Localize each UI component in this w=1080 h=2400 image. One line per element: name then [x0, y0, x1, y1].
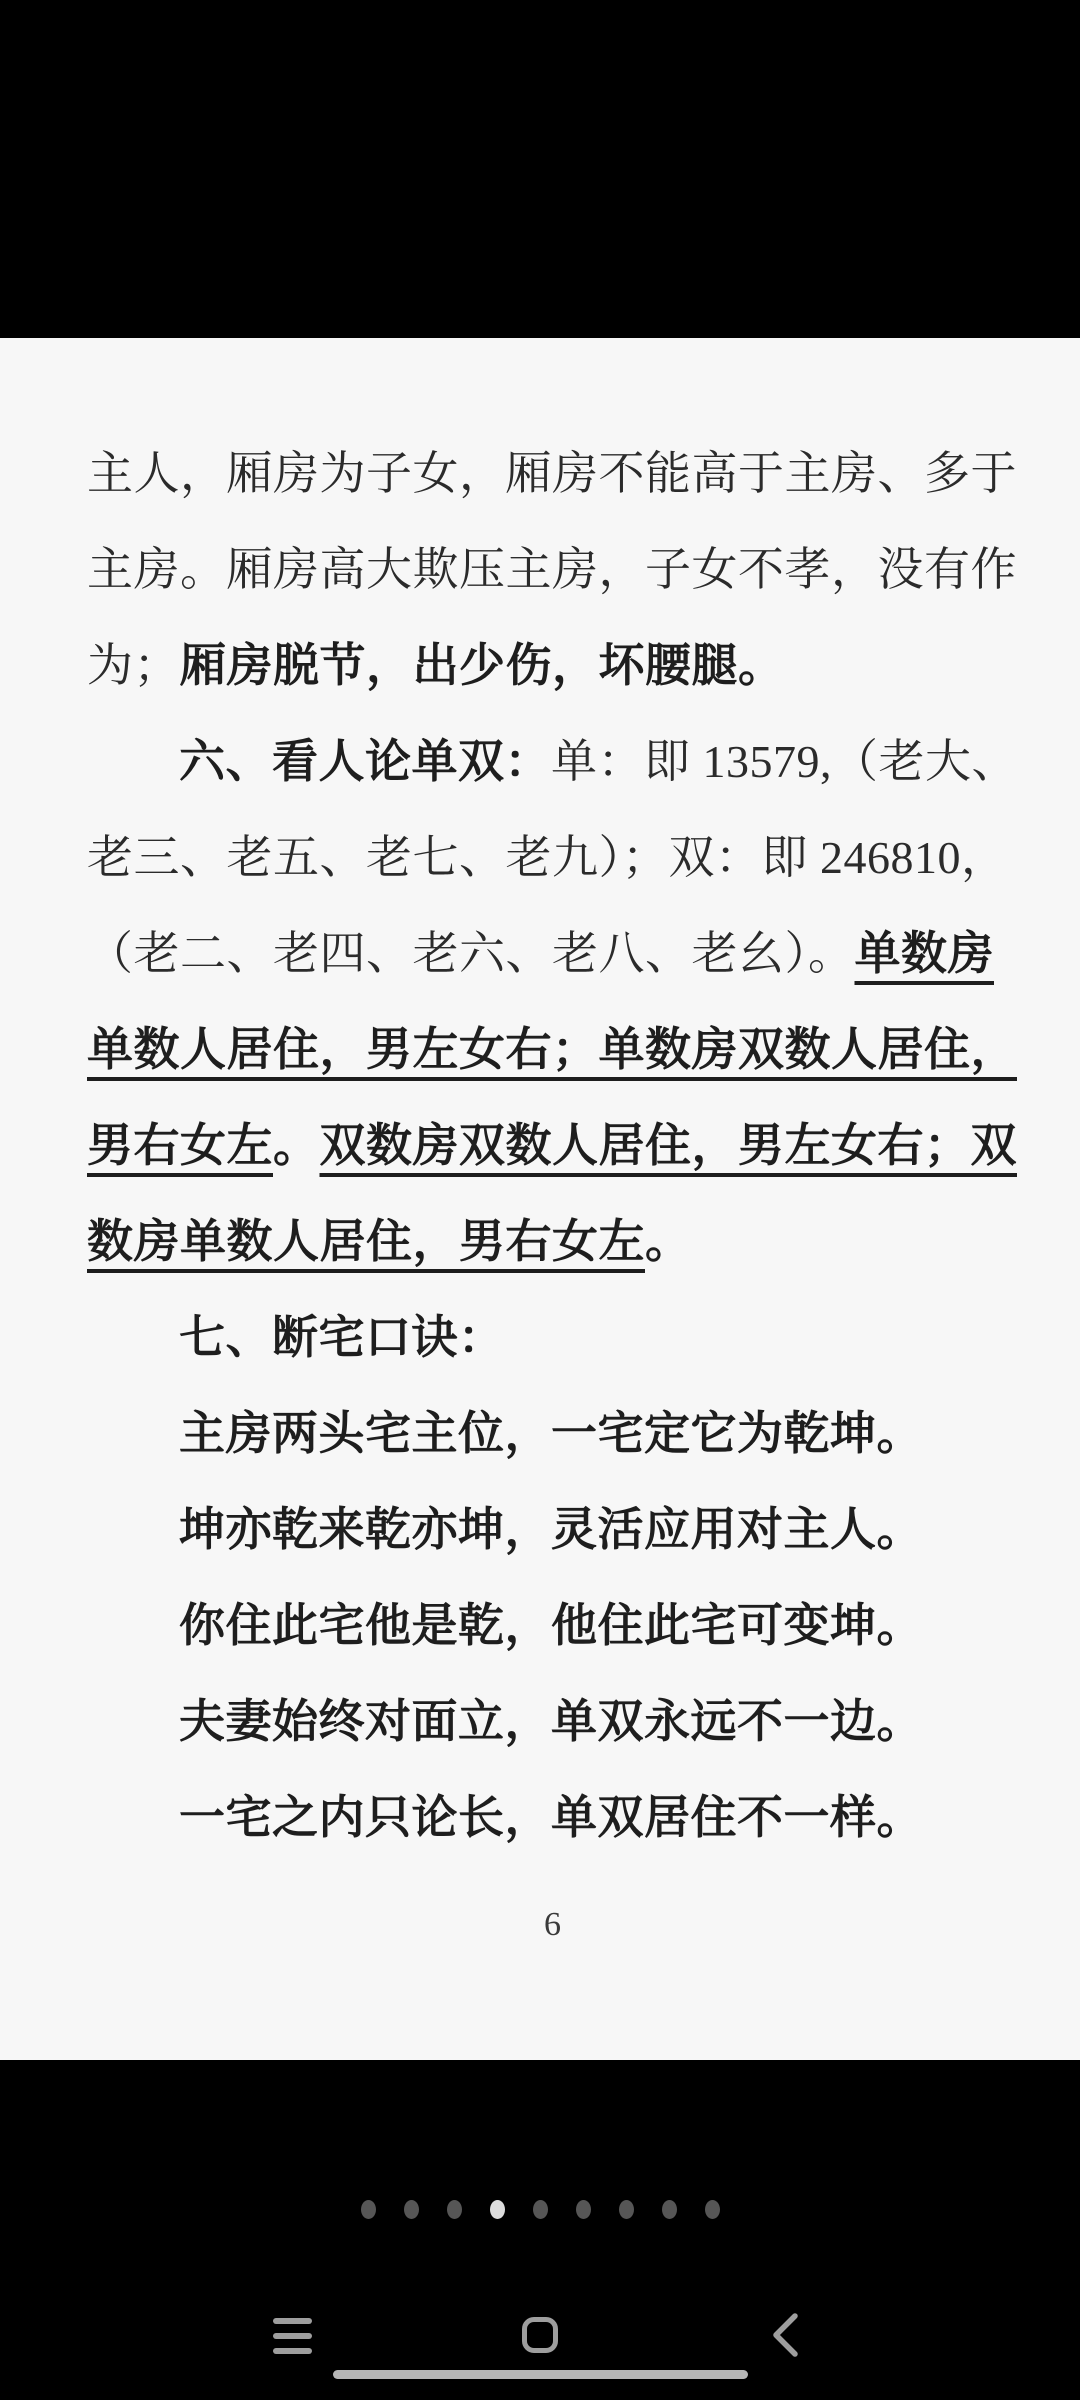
- page-text: 主人，厢房为子女，厢房不能高于主房、多于主房。厢房高大欺压主房，子女不孝，没有作…: [87, 426, 1018, 1866]
- page-dot[interactable]: [576, 2200, 591, 2219]
- back-icon: [770, 2313, 800, 2357]
- top-letterbox: [0, 0, 1080, 338]
- text-line: （老二、老四、老六、老八、老幺）。单数房: [87, 906, 1018, 1002]
- text-line: 男右女左。双数房双数人居住，男左女右；双: [87, 1098, 1018, 1194]
- page-dot[interactable]: [705, 2200, 720, 2219]
- text-line: 为；厢房脱节，出少伤，坏腰腿。: [87, 618, 1018, 714]
- page-dot[interactable]: [619, 2200, 634, 2219]
- text-line: 你住此宅他是乾，他住此宅可变坤。: [87, 1578, 1018, 1674]
- document-page: 主人，厢房为子女，厢房不能高于主房、多于主房。厢房高大欺压主房，子女不孝，没有作…: [0, 338, 1080, 2060]
- recents-button[interactable]: [273, 2318, 312, 2353]
- recents-menu-icon: [273, 2318, 312, 2354]
- page-dot-active[interactable]: [490, 2200, 505, 2219]
- home-icon: [522, 2317, 558, 2353]
- page-indicator-dots: [0, 2200, 1080, 2219]
- text-line: 坤亦乾来乾亦坤，灵活应用对主人。: [87, 1482, 1018, 1578]
- text-line: 七、断宅口诀：: [87, 1290, 1018, 1386]
- text-line: 六、看人论单双：单：即 13579,（老大、: [87, 714, 1018, 810]
- home-button[interactable]: [522, 2317, 558, 2353]
- page-dot[interactable]: [533, 2200, 548, 2219]
- text-line: 一宅之内只论长，单双居住不一样。: [87, 1770, 1018, 1866]
- back-button[interactable]: [770, 2313, 800, 2357]
- page-dot[interactable]: [361, 2200, 376, 2219]
- text-line: 主房两头宅主位，一宅定它为乾坤。: [87, 1386, 1018, 1482]
- text-line: 主人，厢房为子女，厢房不能高于主房、多于: [87, 426, 1018, 522]
- text-line: 主房。厢房高大欺压主房，子女不孝，没有作: [87, 522, 1018, 618]
- text-line: 单数人居住，男左女右；单数房双数人居住，: [87, 1002, 1018, 1098]
- android-navbar: [0, 2296, 1080, 2370]
- text-line: 老三、老五、老七、老九）；双：即 246810，: [87, 810, 1018, 906]
- page-dot[interactable]: [447, 2200, 462, 2219]
- home-indicator[interactable]: [333, 2370, 748, 2379]
- text-line: 夫妻始终对面立，单双永远不一边。: [87, 1674, 1018, 1770]
- page-number: 6: [87, 1901, 1018, 1949]
- page-dot[interactable]: [404, 2200, 419, 2219]
- page-dot[interactable]: [662, 2200, 677, 2219]
- phone-screen: 主人，厢房为子女，厢房不能高于主房、多于主房。厢房高大欺压主房，子女不孝，没有作…: [0, 0, 1080, 2400]
- text-line: 数房单数人居住，男右女左。: [87, 1194, 1018, 1290]
